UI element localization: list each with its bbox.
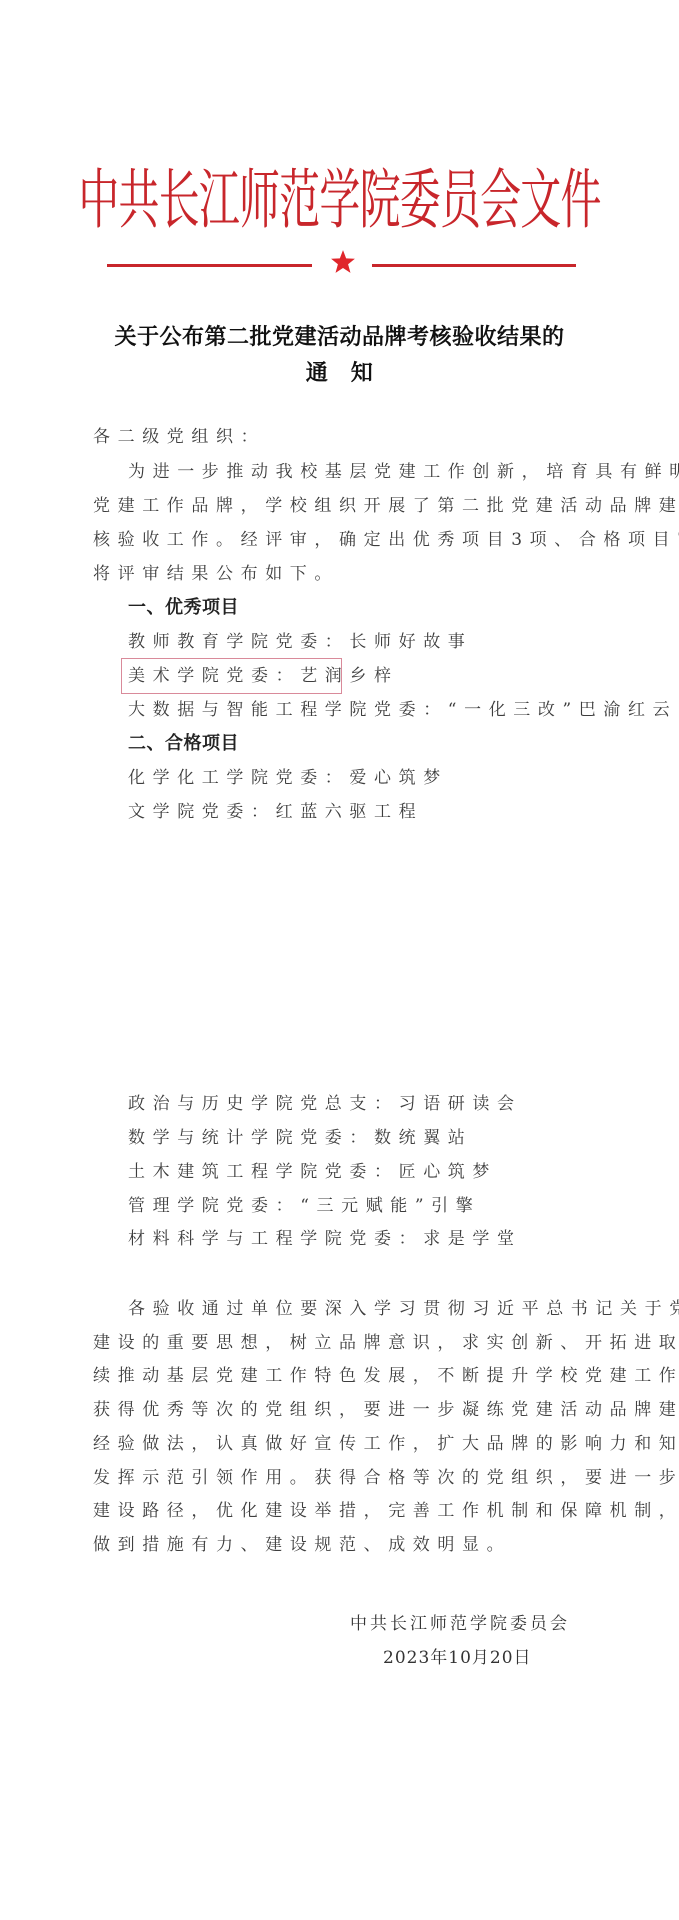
closing-line: 续推动基层党建工作特色发展，不断提升学校党建工作水平。 — [93, 1364, 679, 1388]
list-item: 大数据与智能工程学院党委：“一化三改”巴渝红云 — [128, 698, 677, 722]
closing-line: 经验做法，认真做好宣传工作，扩大品牌的影响力和知名度， — [93, 1432, 679, 1456]
salutation: 各二级党组织： — [93, 425, 265, 449]
star-icon — [330, 249, 356, 275]
list-item: 土木建筑工程学院党委：匠心筑梦 — [128, 1160, 497, 1184]
header-divider-left — [107, 264, 312, 267]
section-heading-excellent: 一、优秀项目 — [128, 596, 239, 620]
list-item: 教师教育学院党委：长师好故事 — [128, 630, 472, 654]
closing-line: 发挥示范引领作用。获得合格等次的党组织，要进一步明确 — [93, 1466, 679, 1490]
issuer-title: 中共长江师范学院委员会文件 — [61, 148, 618, 252]
intro-line: 将评审结果公布如下。 — [93, 562, 339, 586]
closing-line: 做到措施有力、建设规范、成效明显。 — [93, 1533, 511, 1557]
intro-line: 核验收工作。经评审，确定出优秀项目3项、合格项目7项。现 — [93, 528, 679, 552]
document-title-line2: 通 知 — [0, 356, 679, 387]
section-heading-qualified: 二、合格项目 — [128, 732, 239, 756]
closing-line: 获得优秀等次的党组织，要进一步凝练党建活动品牌建设的 — [93, 1398, 679, 1422]
document-title-line1: 关于公布第二批党建活动品牌考核验收结果的 — [0, 320, 679, 351]
signature-date: 2023年10月20日 — [383, 1646, 532, 1670]
intro-line: 党建工作品牌，学校组织开展了第二批党建活动品牌建设情况考 — [93, 494, 679, 518]
list-item-highlighted: 美术学院党委：艺润乡梓 — [128, 664, 399, 688]
intro-line: 为进一步推动我校基层党建工作创新，培育具有鲜明特色的 — [128, 460, 679, 484]
list-item: 数学与统计学院党委：数统翼站 — [128, 1126, 472, 1150]
closing-line: 各验收通过单位要深入学习贯彻习近平总书记关于党的 — [128, 1297, 679, 1321]
signature-organization: 中共长江师范学院委员会 — [350, 1612, 570, 1636]
list-item: 政治与历史学院党总支：习语研读会 — [128, 1092, 522, 1116]
list-item: 化学化工学院党委：爱心筑梦 — [128, 766, 448, 790]
closing-line: 建设的重要思想，树立品牌意识，求实创新、开拓进取，持 — [93, 1331, 679, 1355]
list-item: 文学院党委：红蓝六驱工程 — [128, 800, 423, 824]
list-item: 管理学院党委：“三元赋能”引擎 — [128, 1194, 480, 1218]
list-item: 材料科学与工程学院党委：求是学堂 — [128, 1227, 522, 1251]
closing-line: 建设路径，优化建设举措，完善工作机制和保障机制，切实 — [93, 1499, 679, 1523]
header-divider-right — [372, 264, 576, 267]
